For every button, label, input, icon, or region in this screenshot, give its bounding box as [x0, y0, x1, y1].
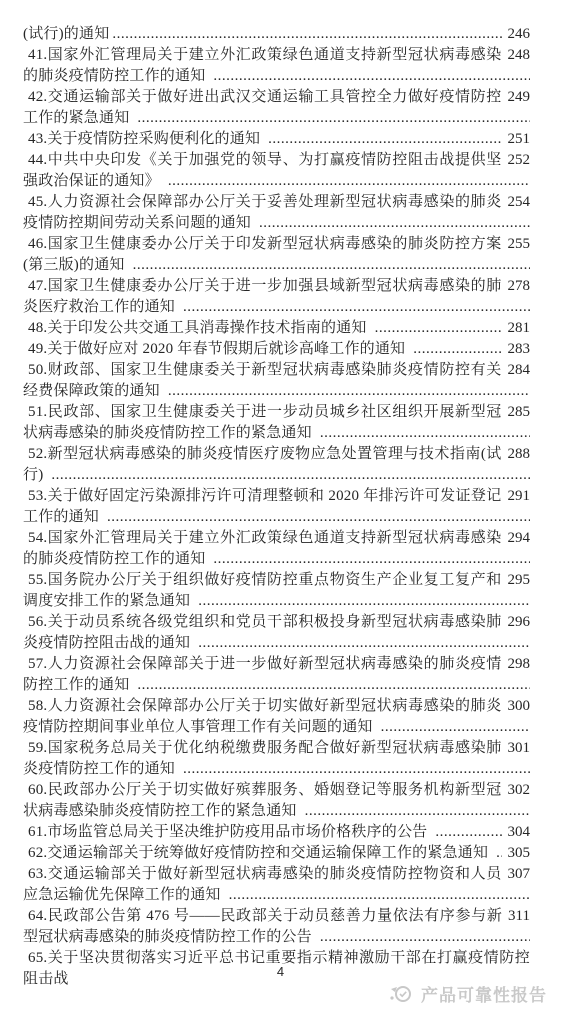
toc-entry: 29555.国务院办公厅关于组织做好疫情防控重点物资生产企业复工复产和调度安排工…	[23, 570, 530, 612]
toc-page-number: 252	[502, 150, 531, 171]
toc-page-number: 284	[502, 360, 531, 381]
toc-entry: 29656.关于动员系统各级党组织和党员干部积极投身新型冠状病毒感染肺炎疫情防控…	[23, 612, 530, 654]
toc-entry: 29454.国家外汇管理局关于建立外汇政策绿色通道支持新型冠状病毒感染的肺炎疫情…	[23, 528, 530, 570]
toc-entry: 29153.关于做好固定污染源排污许可清理整顿和 2020 年排污许可发证登记工…	[23, 486, 530, 528]
toc-entry-title: 43.关于疫情防控采购便利化的通知	[28, 131, 260, 147]
toc-entry: 25244.中共中央印发《关于加强党的领导、为打赢疫情防控阻击战提供坚强政治保证…	[23, 150, 530, 192]
toc-page-number: 254	[502, 192, 531, 213]
toc-page-number: 288	[502, 444, 531, 465]
toc-page-number: 281	[502, 318, 531, 339]
toc-entry: 29857.人力资源社会保障部关于进一步做好新型冠状病毒感染的肺炎疫情防控工作的…	[23, 654, 530, 696]
toc-page-number: 255	[502, 234, 531, 255]
toc-page-number: 283	[502, 339, 531, 360]
toc-entry: 28148.关于印发公共交通工具消毒操作技术指南的通知	[23, 318, 530, 339]
watermark-logo-icon	[388, 982, 414, 1006]
toc-page-number: 311	[502, 906, 530, 927]
toc-entry: 25445.人力资源社会保障部办公厅关于妥善处理新型冠状病毒感染的肺炎疫情防控期…	[23, 192, 530, 234]
toc-entry: 31164.民政部公告第 476 号——民政部关于动员慈善力量依法有序参与新型冠…	[23, 906, 530, 948]
toc-page-number: 278	[502, 276, 531, 297]
toc-entry: 24942.交通运输部关于做好进出武汉交通运输工具管控全力做好疫情防控工作的紧急…	[23, 87, 530, 129]
toc-entry: 30058.人力资源社会保障部办公厅关于切实做好新型冠状病毒感染的肺炎疫情防控期…	[23, 696, 530, 738]
toc-entry: 25143.关于疫情防控采购便利化的通知	[23, 129, 530, 150]
toc-entry: 27847.国家卫生健康委办公厅关于进一步加强县域新型冠状病毒感染的肺炎医疗救治…	[23, 276, 530, 318]
toc-page-number: 248	[502, 45, 531, 66]
toc-list: 246(试行)的通知 24841.国家外汇管理局关于建立外汇政策绿色通道支持新型…	[0, 0, 561, 990]
toc-entry-title: (试行)的通知	[23, 26, 109, 42]
toc-page-number: 246	[502, 24, 531, 45]
toc-page-number: 307	[502, 864, 531, 885]
toc-entry-title: 61.市场监管总局关于坚决维护防疫用品市场价格秩序的公告	[28, 824, 427, 840]
toc-page-number: 285	[502, 402, 531, 423]
toc-entry: 28852.新型冠状病毒感染的肺炎疫情医疗废物应急处置管理与技术指南(试行)	[23, 444, 530, 486]
toc-entry: 30461.市场监管总局关于坚决维护防疫用品市场价格秩序的公告	[23, 822, 530, 843]
toc-page-number: 302	[502, 780, 531, 801]
toc-entry: 28349.关于做好应对 2020 年春节假期后就诊高峰工作的通知	[23, 339, 530, 360]
toc-page-number: 304	[502, 822, 531, 843]
toc-entry: 25546.国家卫生健康委办公厅关于印发新型冠状病毒感染的肺炎防控方案(第三版)…	[23, 234, 530, 276]
toc-entry: 30763.交通运输部关于做好新型冠状病毒感染的肺炎疫情防控物资和人员应急运输优…	[23, 864, 530, 906]
toc-entry: 28450.财政部、国家卫生健康委关于新型冠状病毒感染肺炎疫情防控有关经费保障政…	[23, 360, 530, 402]
toc-page-number: 298	[502, 654, 531, 675]
toc-entry: 28551.民政部、国家卫生健康委关于进一步动员城乡社区组织开展新型冠状病毒感染…	[23, 402, 530, 444]
document-page: 246(试行)的通知 24841.国家外汇管理局关于建立外汇政策绿色通道支持新型…	[0, 0, 561, 1018]
toc-entry-title: 49.关于做好应对 2020 年春节假期后就诊高峰工作的通知	[28, 341, 405, 357]
toc-page-number: 294	[502, 528, 531, 549]
toc-page-number: 251	[502, 129, 531, 150]
toc-entry: 24841.国家外汇管理局关于建立外汇政策绿色通道支持新型冠状病毒感染的肺炎疫情…	[23, 45, 530, 87]
toc-page-number: 300	[502, 696, 531, 717]
watermark: 产品可靠性报告	[388, 981, 547, 1006]
toc-page-number: 305	[502, 843, 531, 864]
toc-entry: 30260.民政部办公厅关于切实做好殡葬服务、婚姻登记等服务机构新型冠状病毒感染…	[23, 780, 530, 822]
toc-page-number: 295	[502, 570, 531, 591]
toc-page-number: 296	[502, 612, 531, 633]
footer-page-number: 4	[0, 964, 561, 979]
toc-entry: 30562.交通运输部关于统筹做好疫情防控和交通运输保障工作的紧急通知	[23, 843, 530, 864]
toc-entry: 30159.国家税务总局关于优化纳税缴费服务配合做好新型冠状病毒感染肺炎疫情防控…	[23, 738, 530, 780]
toc-entry-title: 62.交通运输部关于统筹做好疫情防控和交通运输保障工作的紧急通知	[28, 845, 488, 861]
toc-page-number: 291	[502, 486, 531, 507]
toc-page-number: 301	[502, 738, 531, 759]
watermark-label: 产品可靠性报告	[421, 981, 547, 1006]
toc-page-number: 249	[502, 87, 531, 108]
toc-entry-title: 48.关于印发公共交通工具消毒操作技术指南的通知	[28, 320, 367, 336]
toc-entry: 246(试行)的通知	[23, 24, 530, 45]
